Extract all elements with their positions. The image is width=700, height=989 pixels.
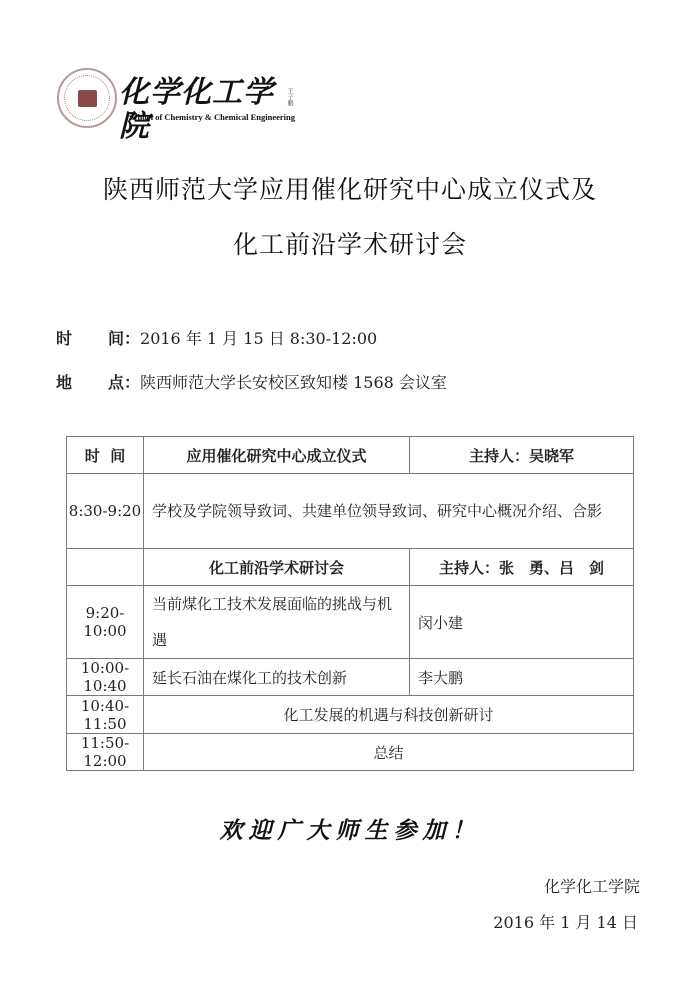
logo-small-mark: 王子鹏 [285, 88, 294, 106]
school-logo: 化学化工学院 王子鹏 School of Chemistry & Chemica… [57, 68, 297, 132]
table-row: 9:20-10:00 当前煤化工技术发展面临的挑战与机遇 闵小建 [67, 586, 634, 659]
document-title-line2: 化工前沿学术研讨会 [0, 225, 700, 261]
table-row: 10:00-10:40 延长石油在煤化工的技术创新 李大鹏 [67, 659, 634, 696]
row-topic: 延长石油在煤化工的技术创新 [144, 659, 410, 696]
issue-date: 2016 年 1 月 14 日 [493, 910, 638, 933]
row-time: 10:00-10:40 [67, 659, 144, 696]
place-label-a: 地 [56, 370, 108, 393]
time-info: 时间：2016 年 1 月 15 日 8:30-12:00 [56, 326, 377, 349]
row-content: 总结 [144, 734, 634, 771]
header-session1: 应用催化研究中心成立仪式 [144, 437, 410, 474]
time-label-b: 间： [108, 326, 140, 349]
logo-name-cn: 化学化工学院 [119, 76, 297, 144]
time-label-a: 时 [56, 326, 108, 349]
logo-name-en: School of Chemistry & Chemical Engineeri… [129, 112, 295, 122]
schedule-table: 时 间 应用催化研究中心成立仪式 主持人：吴晓军 8:30-9:20 学校及学院… [66, 436, 634, 771]
header-time: 时 间 [67, 437, 144, 474]
welcome-message: 欢迎广大师生参加！ [0, 812, 700, 845]
row-speaker: 李大鹏 [410, 659, 634, 696]
table-row: 11:50-12:00 总结 [67, 734, 634, 771]
table-row: 化工前沿学术研讨会 主持人：张 勇、吕 剑 [67, 549, 634, 586]
session2-title: 化工前沿学术研讨会 [144, 549, 410, 586]
row-speaker: 闵小建 [410, 586, 634, 659]
row-content: 化工发展的机遇与科技创新研讨 [144, 696, 634, 734]
place-info: 地点：陕西师范大学长安校区致知楼 1568 会议室 [56, 370, 447, 393]
row-time: 9:20-10:00 [67, 586, 144, 659]
organizer-signature: 化学化工学院 [544, 874, 640, 897]
table-header-row: 时 间 应用催化研究中心成立仪式 主持人：吴晓军 [67, 437, 634, 474]
row-time: 11:50-12:00 [67, 734, 144, 771]
place-value: 陕西师范大学长安校区致知楼 1568 会议室 [140, 373, 447, 392]
table-row: 10:40-11:50 化工发展的机遇与科技创新研讨 [67, 696, 634, 734]
row-time: 10:40-11:50 [67, 696, 144, 734]
place-label-b: 点： [108, 370, 140, 393]
document-title-line1: 陕西师范大学应用催化研究中心成立仪式及 [0, 170, 700, 206]
session2-host: 主持人：张 勇、吕 剑 [410, 549, 634, 586]
row-topic: 当前煤化工技术发展面临的挑战与机遇 [144, 586, 410, 659]
row-time [67, 549, 144, 586]
seal-center [78, 90, 97, 107]
table-row: 8:30-9:20 学校及学院领导致词、共建单位领导致词、研究中心概况介绍、合影 [67, 474, 634, 549]
university-seal-icon [57, 68, 117, 128]
row-time: 8:30-9:20 [67, 474, 144, 549]
time-value: 2016 年 1 月 15 日 8:30-12:00 [140, 329, 377, 348]
header-host1: 主持人：吴晓军 [410, 437, 634, 474]
row-content: 学校及学院领导致词、共建单位领导致词、研究中心概况介绍、合影 [144, 474, 634, 549]
